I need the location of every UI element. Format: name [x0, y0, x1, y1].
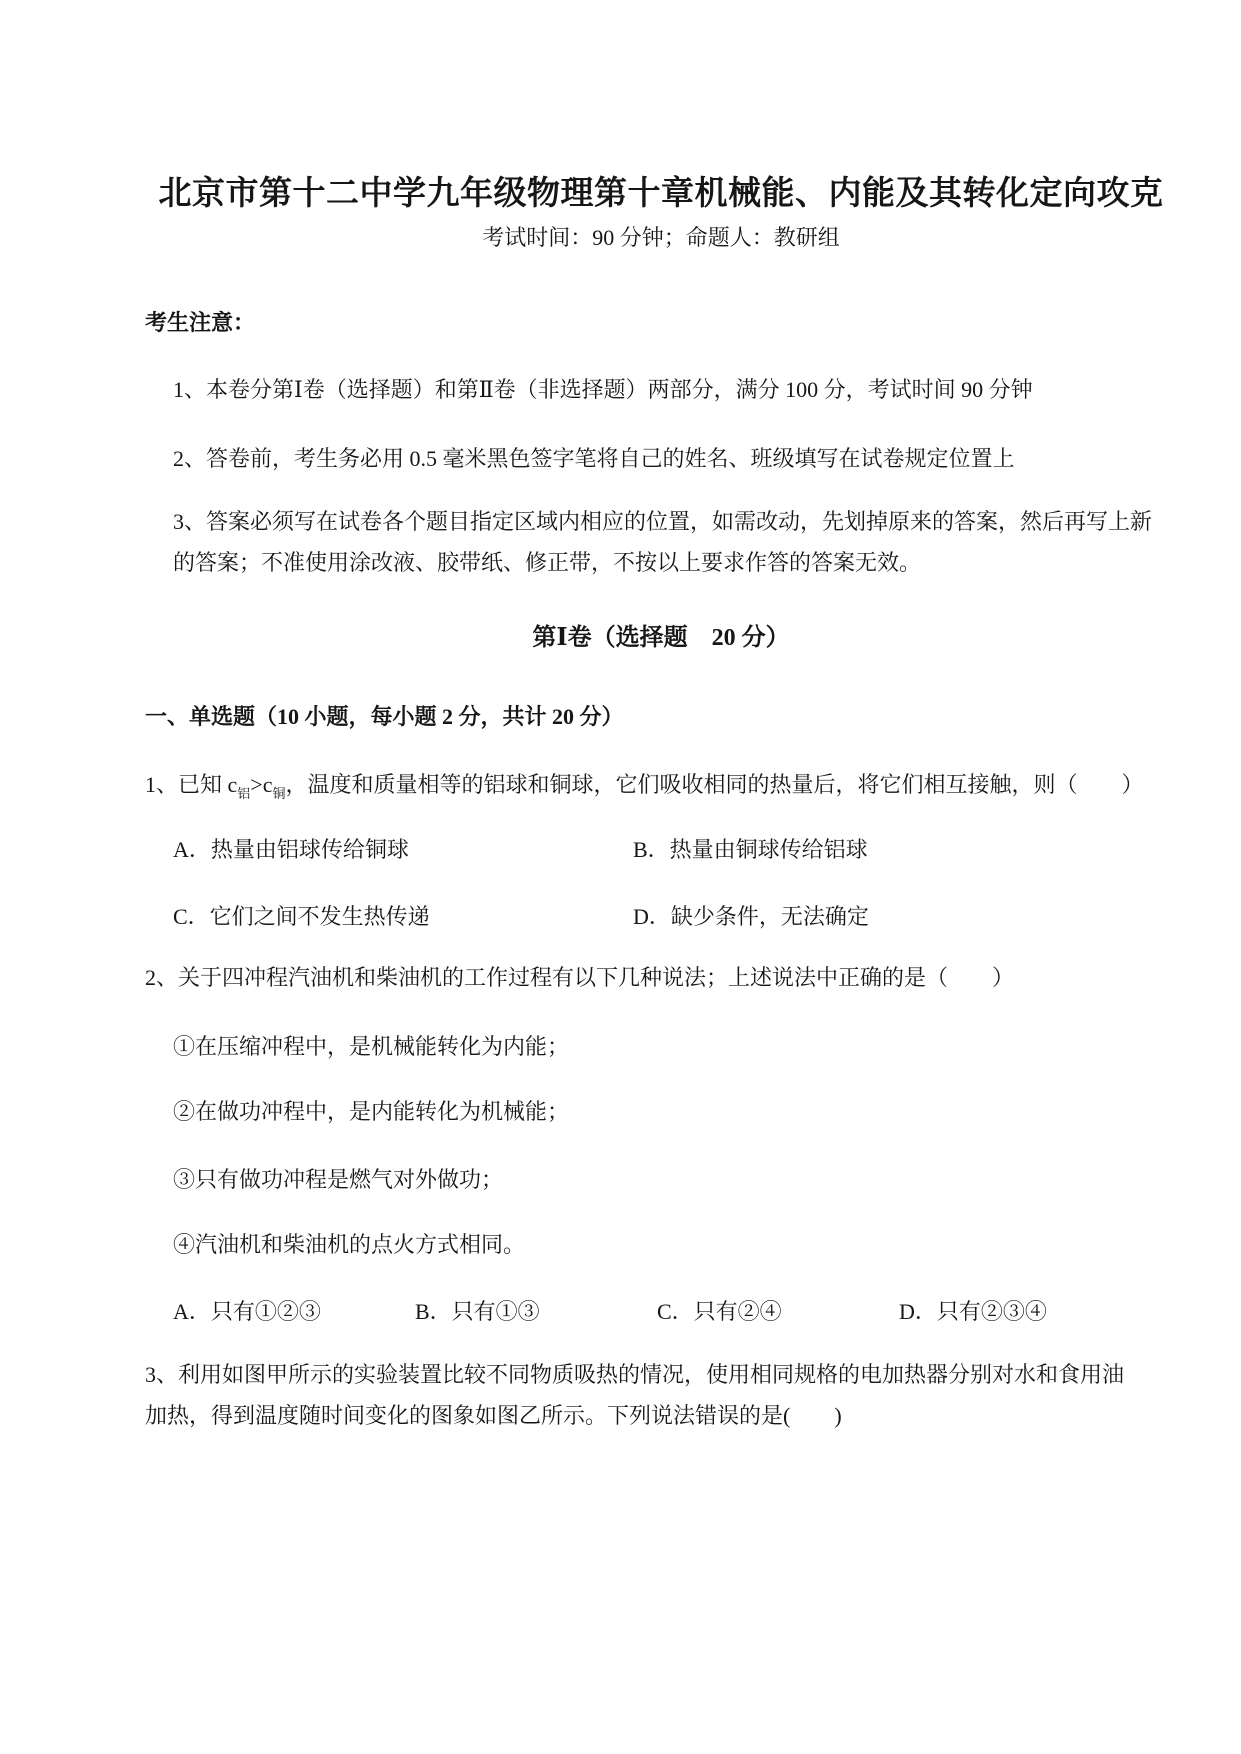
- question-1-stem: 1、已知 c铝>c铜，温度和质量相等的铝球和铜球，它们吸收相同的热量后，将它们相…: [145, 764, 1177, 805]
- question-1-options-row-1: A．热量由铝球传给铜球 B．热量由铜球传给铝球: [145, 829, 1177, 870]
- notice-item-1: 1、本卷分第Ⅰ卷（选择题）和第Ⅱ卷（非选择题）两部分，满分 100 分，考试时间…: [145, 369, 1177, 410]
- question-3-stem: 3、利用如图甲所示的实验装置比较不同物质吸热的情况，使用相同规格的电加热器分别对…: [145, 1354, 1177, 1436]
- question-2-statement-4: ④汽油机和柴油机的点火方式相同。: [145, 1224, 1177, 1265]
- question-2-statement-3: ③只有做功冲程是燃气对外做功；: [145, 1159, 1177, 1200]
- question-2-option-d: D．只有②③④: [899, 1291, 1177, 1332]
- question-2-stem: 2、关于四冲程汽油机和柴油机的工作过程有以下几种说法；上述说法中正确的是（ ）: [145, 957, 1177, 998]
- question-2-statement-2: ②在做功冲程中，是内能转化为机械能；: [145, 1091, 1177, 1132]
- question-1-subscript-cu: 铜: [272, 786, 285, 801]
- section-title: 第Ⅰ卷（选择题 20 分）: [145, 617, 1177, 660]
- exam-paper-page: 北京市第十二中学九年级物理第十章机械能、内能及其转化定向攻克 考试时间：90 分…: [0, 0, 1241, 1754]
- question-2-option-c: C．只有②④: [657, 1291, 899, 1332]
- notice-item-3: 3、答案必须写在试卷各个题目指定区域内相应的位置，如需改动，先划掉原来的答案，然…: [145, 501, 1177, 583]
- question-2-options-row: A．只有①②③ B．只有①③ C．只有②④ D．只有②③④: [145, 1291, 1177, 1332]
- notice-item-3-line-1: 3、答案必须写在试卷各个题目指定区域内相应的位置，如需改动，先划掉原来的答案，然…: [173, 501, 1177, 542]
- question-2-option-a: A．只有①②③: [173, 1291, 415, 1332]
- question-1-stem-pre: 1、已知 c: [145, 772, 237, 797]
- question-1-option-c: C．它们之间不发生热传递: [173, 896, 633, 937]
- question-1-stem-mid: >c: [250, 772, 272, 797]
- notice-heading: 考生注意：: [145, 302, 1177, 343]
- question-1-stem-post: ，温度和质量相等的铝球和铜球，它们吸收相同的热量后，将它们相互接触，则（ ）: [285, 772, 1143, 797]
- question-2-option-b: B．只有①③: [415, 1291, 657, 1332]
- question-3-stem-line-1: 3、利用如图甲所示的实验装置比较不同物质吸热的情况，使用相同规格的电加热器分别对…: [145, 1354, 1177, 1395]
- question-1-subscript-al: 铝: [237, 786, 250, 801]
- question-1-options-row-2: C．它们之间不发生热传递 D．缺少条件，无法确定: [145, 896, 1177, 937]
- exam-meta: 考试时间：90 分钟；命题人：教研组: [145, 222, 1177, 254]
- question-1-option-b: B．热量由铜球传给铝球: [633, 829, 1177, 870]
- notice-item-3-line-2: 的答案；不准使用涂改液、胶带纸、修正带，不按以上要求作答的答案无效。: [173, 542, 1177, 583]
- page-title: 北京市第十二中学九年级物理第十章机械能、内能及其转化定向攻克: [145, 172, 1177, 216]
- question-3-stem-line-2: 加热，得到温度随时间变化的图象如图乙所示。下列说法错误的是( ): [145, 1395, 1177, 1436]
- question-1-option-a: A．热量由铝球传给铜球: [173, 829, 633, 870]
- notice-item-2: 2、答卷前，考生务必用 0.5 毫米黑色签字笔将自己的姓名、班级填写在试卷规定位…: [145, 438, 1177, 479]
- part-heading: 一、单选题（10 小题，每小题 2 分，共计 20 分）: [145, 696, 1177, 737]
- question-2-statement-1: ①在压缩冲程中，是机械能转化为内能；: [145, 1026, 1177, 1067]
- question-1-option-d: D．缺少条件，无法确定: [633, 896, 1177, 937]
